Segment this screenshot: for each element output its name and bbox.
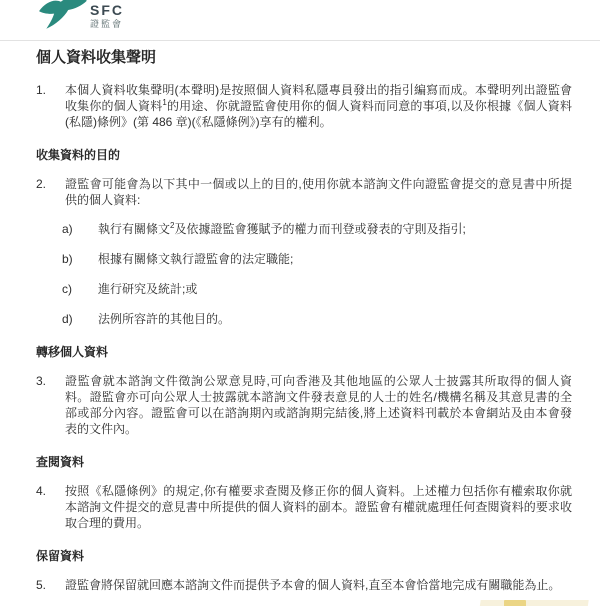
paragraph-number: 1. [36, 82, 65, 130]
paragraph-text: 本個人資料收集聲明(本聲明)是按照個人資料私隱專員發出的指引編寫而成。本聲明列出… [65, 82, 572, 130]
logo-brand-text: SFC [90, 3, 124, 18]
list-item-b: b) 根據有關條文執行證監會的法定職能; [36, 251, 572, 267]
paragraph-number: 2. [36, 176, 65, 208]
list-item-text: 進行研究及統計;或 [98, 281, 572, 297]
list-item-c: c) 進行研究及統計;或 [36, 281, 572, 297]
watermark-band [479, 600, 588, 606]
section-heading-purpose: 收集資料的目的 [36, 147, 572, 163]
watermark-mark [504, 600, 526, 606]
section-heading-transfer: 轉移個人資料 [36, 344, 572, 360]
paragraph-3: 3. 證監會就本諮詢文件徵詢公眾意見時,可向香港及其他地區的公眾人士披露其所取得… [36, 373, 572, 437]
list-item-text: 法例所容許的其他目的。 [98, 311, 572, 327]
paragraph-4: 4. 按照《私隱條例》的規定,你有權要求查閱及修正你的個人資料。上述權力包括你有… [36, 483, 572, 531]
list-item-label: b) [62, 251, 98, 267]
document-title: 個人資料收集聲明 [36, 48, 572, 68]
list-item-label: d) [62, 311, 98, 327]
document-page: SFC 證監會 個人資料收集聲明 1. 本個人資料收集聲明(本聲明)是按照個人資… [0, 0, 600, 606]
paragraph-number: 4. [36, 483, 65, 531]
list-item-a-text-pre: 執行有關條文 [98, 222, 170, 236]
sfc-bird-logo-icon [38, 0, 88, 36]
logo-brand-chinese-text: 證監會 [90, 19, 124, 30]
list-item-label: c) [62, 281, 98, 297]
list-item-text: 根據有關條文執行證監會的法定職能; [98, 251, 572, 267]
header-divider [0, 40, 600, 41]
list-item-text: 執行有關條文2及依據證監會獲賦予的權力而刊登或發表的守則及指引; [98, 221, 572, 237]
section-heading-access: 查閱資料 [36, 454, 572, 470]
list-item-d: d) 法例所容許的其他目的。 [36, 311, 572, 327]
paragraph-text: 證監會可能會為以下其中一個或以上的目的,使用你就本諮詢文件向證監會提交的意見書中… [65, 176, 572, 208]
paragraph-number: 5. [36, 577, 65, 593]
logo-text: SFC 證監會 [90, 3, 124, 30]
list-item-a-text-post: 及依據證監會獲賦予的權力而刊登或發表的守則及指引; [174, 222, 465, 236]
paragraph-2: 2. 證監會可能會為以下其中一個或以上的目的,使用你就本諮詢文件向證監會提交的意… [36, 176, 572, 208]
paragraph-5: 5. 證監會將保留就回應本諮詢文件而提供予本會的個人資料,直至本會恰當地完成有關… [36, 577, 572, 593]
paragraph-text: 按照《私隱條例》的規定,你有權要求查閱及修正你的個人資料。上述權力包括你有權索取… [65, 483, 572, 531]
list-item-label: a) [62, 221, 98, 237]
paragraph-number: 3. [36, 373, 65, 437]
paragraph-text: 證監會將保留就回應本諮詢文件而提供予本會的個人資料,直至本會恰當地完成有關職能為… [65, 577, 572, 593]
paragraph-text: 證監會就本諮詢文件徵詢公眾意見時,可向香港及其他地區的公眾人士披露其所取得的個人… [65, 373, 572, 437]
paragraph-1: 1. 本個人資料收集聲明(本聲明)是按照個人資料私隱專員發出的指引編寫而成。本聲… [36, 82, 572, 130]
document-content: 個人資料收集聲明 1. 本個人資料收集聲明(本聲明)是按照個人資料私隱專員發出的… [36, 48, 572, 606]
list-item-a: a) 執行有關條文2及依據證監會獲賦予的權力而刊登或發表的守則及指引; [36, 221, 572, 237]
section-heading-retention: 保留資料 [36, 548, 572, 564]
watermark-fragment [478, 596, 588, 606]
